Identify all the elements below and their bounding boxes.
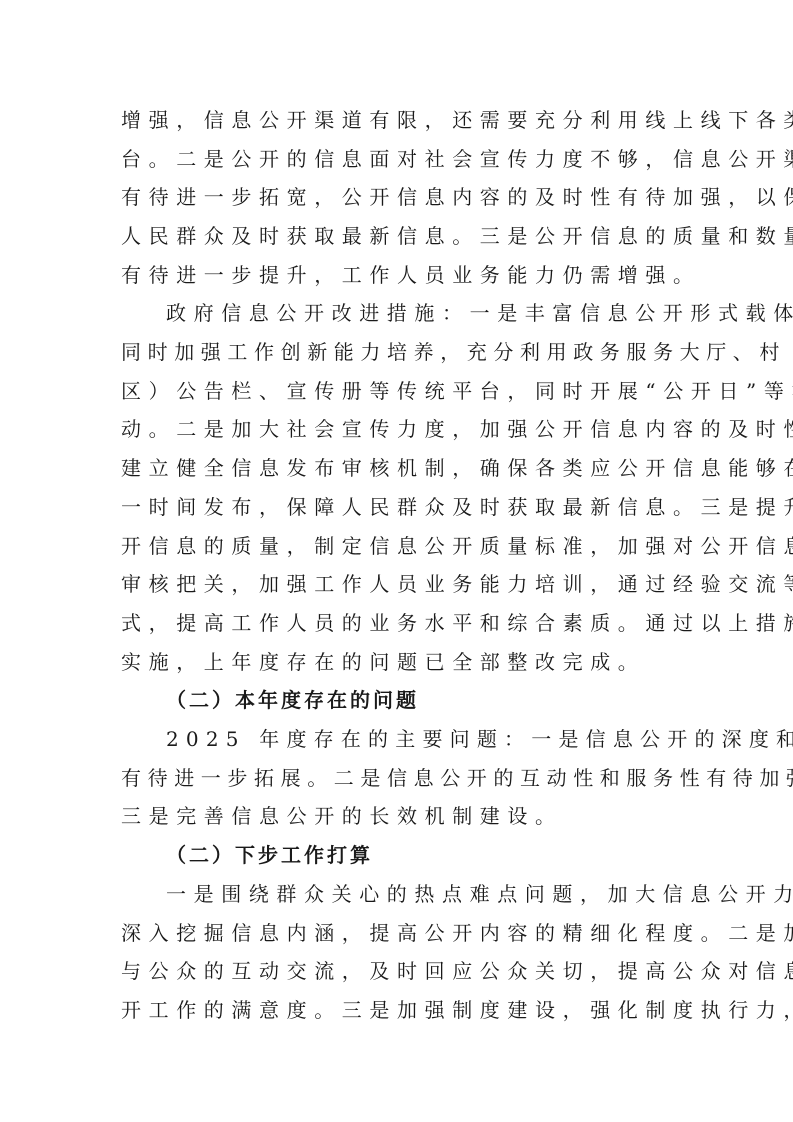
paragraph-line: 开信息的质量，制定信息公开质量标准，加强对公开信息的 (121, 533, 681, 559)
paragraph-line: 台。二是公开的信息面对社会宣传力度不够，信息公开渠道 (121, 146, 681, 172)
paragraph-line: 增强，信息公开渠道有限，还需要充分利用线上线下各类平 (121, 107, 681, 133)
paragraph-line: 深入挖掘信息内涵，提高公开内容的精细化程度。二是加强 (121, 920, 681, 946)
paragraph-line: 一时间发布，保障人民群众及时获取最新信息。三是提升公 (121, 494, 681, 520)
paragraph-line: 建立健全信息发布审核机制，确保各类应公开信息能够在第 (121, 455, 681, 481)
section-heading: （二）下步工作打算 (166, 842, 726, 868)
paragraph-first-line: 一是围绕群众关心的热点难点问题，加大信息公开力度， (166, 881, 726, 907)
paragraph-line: 区）公告栏、宣传册等传统平台，同时开展“公开日”等活 (121, 378, 681, 404)
section-heading: （二）本年度存在的问题 (166, 687, 726, 713)
paragraph-line: 有待进一步拓宽，公开信息内容的及时性有待加强，以保证 (121, 184, 681, 210)
paragraph-line: 实施，上年度存在的问题已全部整改完成。 (121, 649, 681, 675)
paragraph-line: 开工作的满意度。三是加强制度建设，强化制度执行力，进 (121, 997, 681, 1023)
paragraph-line: 人民群众及时获取最新信息。三是公开信息的质量和数量还 (121, 223, 681, 249)
paragraph-line: 三是完善信息公开的长效机制建设。 (121, 803, 681, 829)
paragraph-line: 审核把关，加强工作人员业务能力培训，通过经验交流等方 (121, 571, 681, 597)
paragraph-line: 式，提高工作人员的业务水平和综合素质。通过以上措施的 (121, 610, 681, 636)
paragraph-line: 动。二是加大社会宣传力度，加强公开信息内容的及时性， (121, 416, 681, 442)
paragraph-first-line: 2025 年度存在的主要问题：一是信息公开的深度和广度 (166, 726, 726, 752)
paragraph-line: 有待进一步提升，工作人员业务能力仍需增强。 (121, 262, 681, 288)
document-page: 增强，信息公开渠道有限，还需要充分利用线上线下各类平 台。二是公开的信息面对社会… (0, 0, 793, 1122)
paragraph-first-line: 政府信息公开改进措施：一是丰富信息公开形式载体， (166, 300, 726, 326)
paragraph-line: 有待进一步拓展。二是信息公开的互动性和服务性有待加强。 (121, 765, 681, 791)
paragraph-line: 同时加强工作创新能力培养，充分利用政务服务大厅、村（社 (121, 339, 681, 365)
paragraph-line: 与公众的互动交流，及时回应公众关切，提高公众对信息公 (121, 958, 681, 984)
